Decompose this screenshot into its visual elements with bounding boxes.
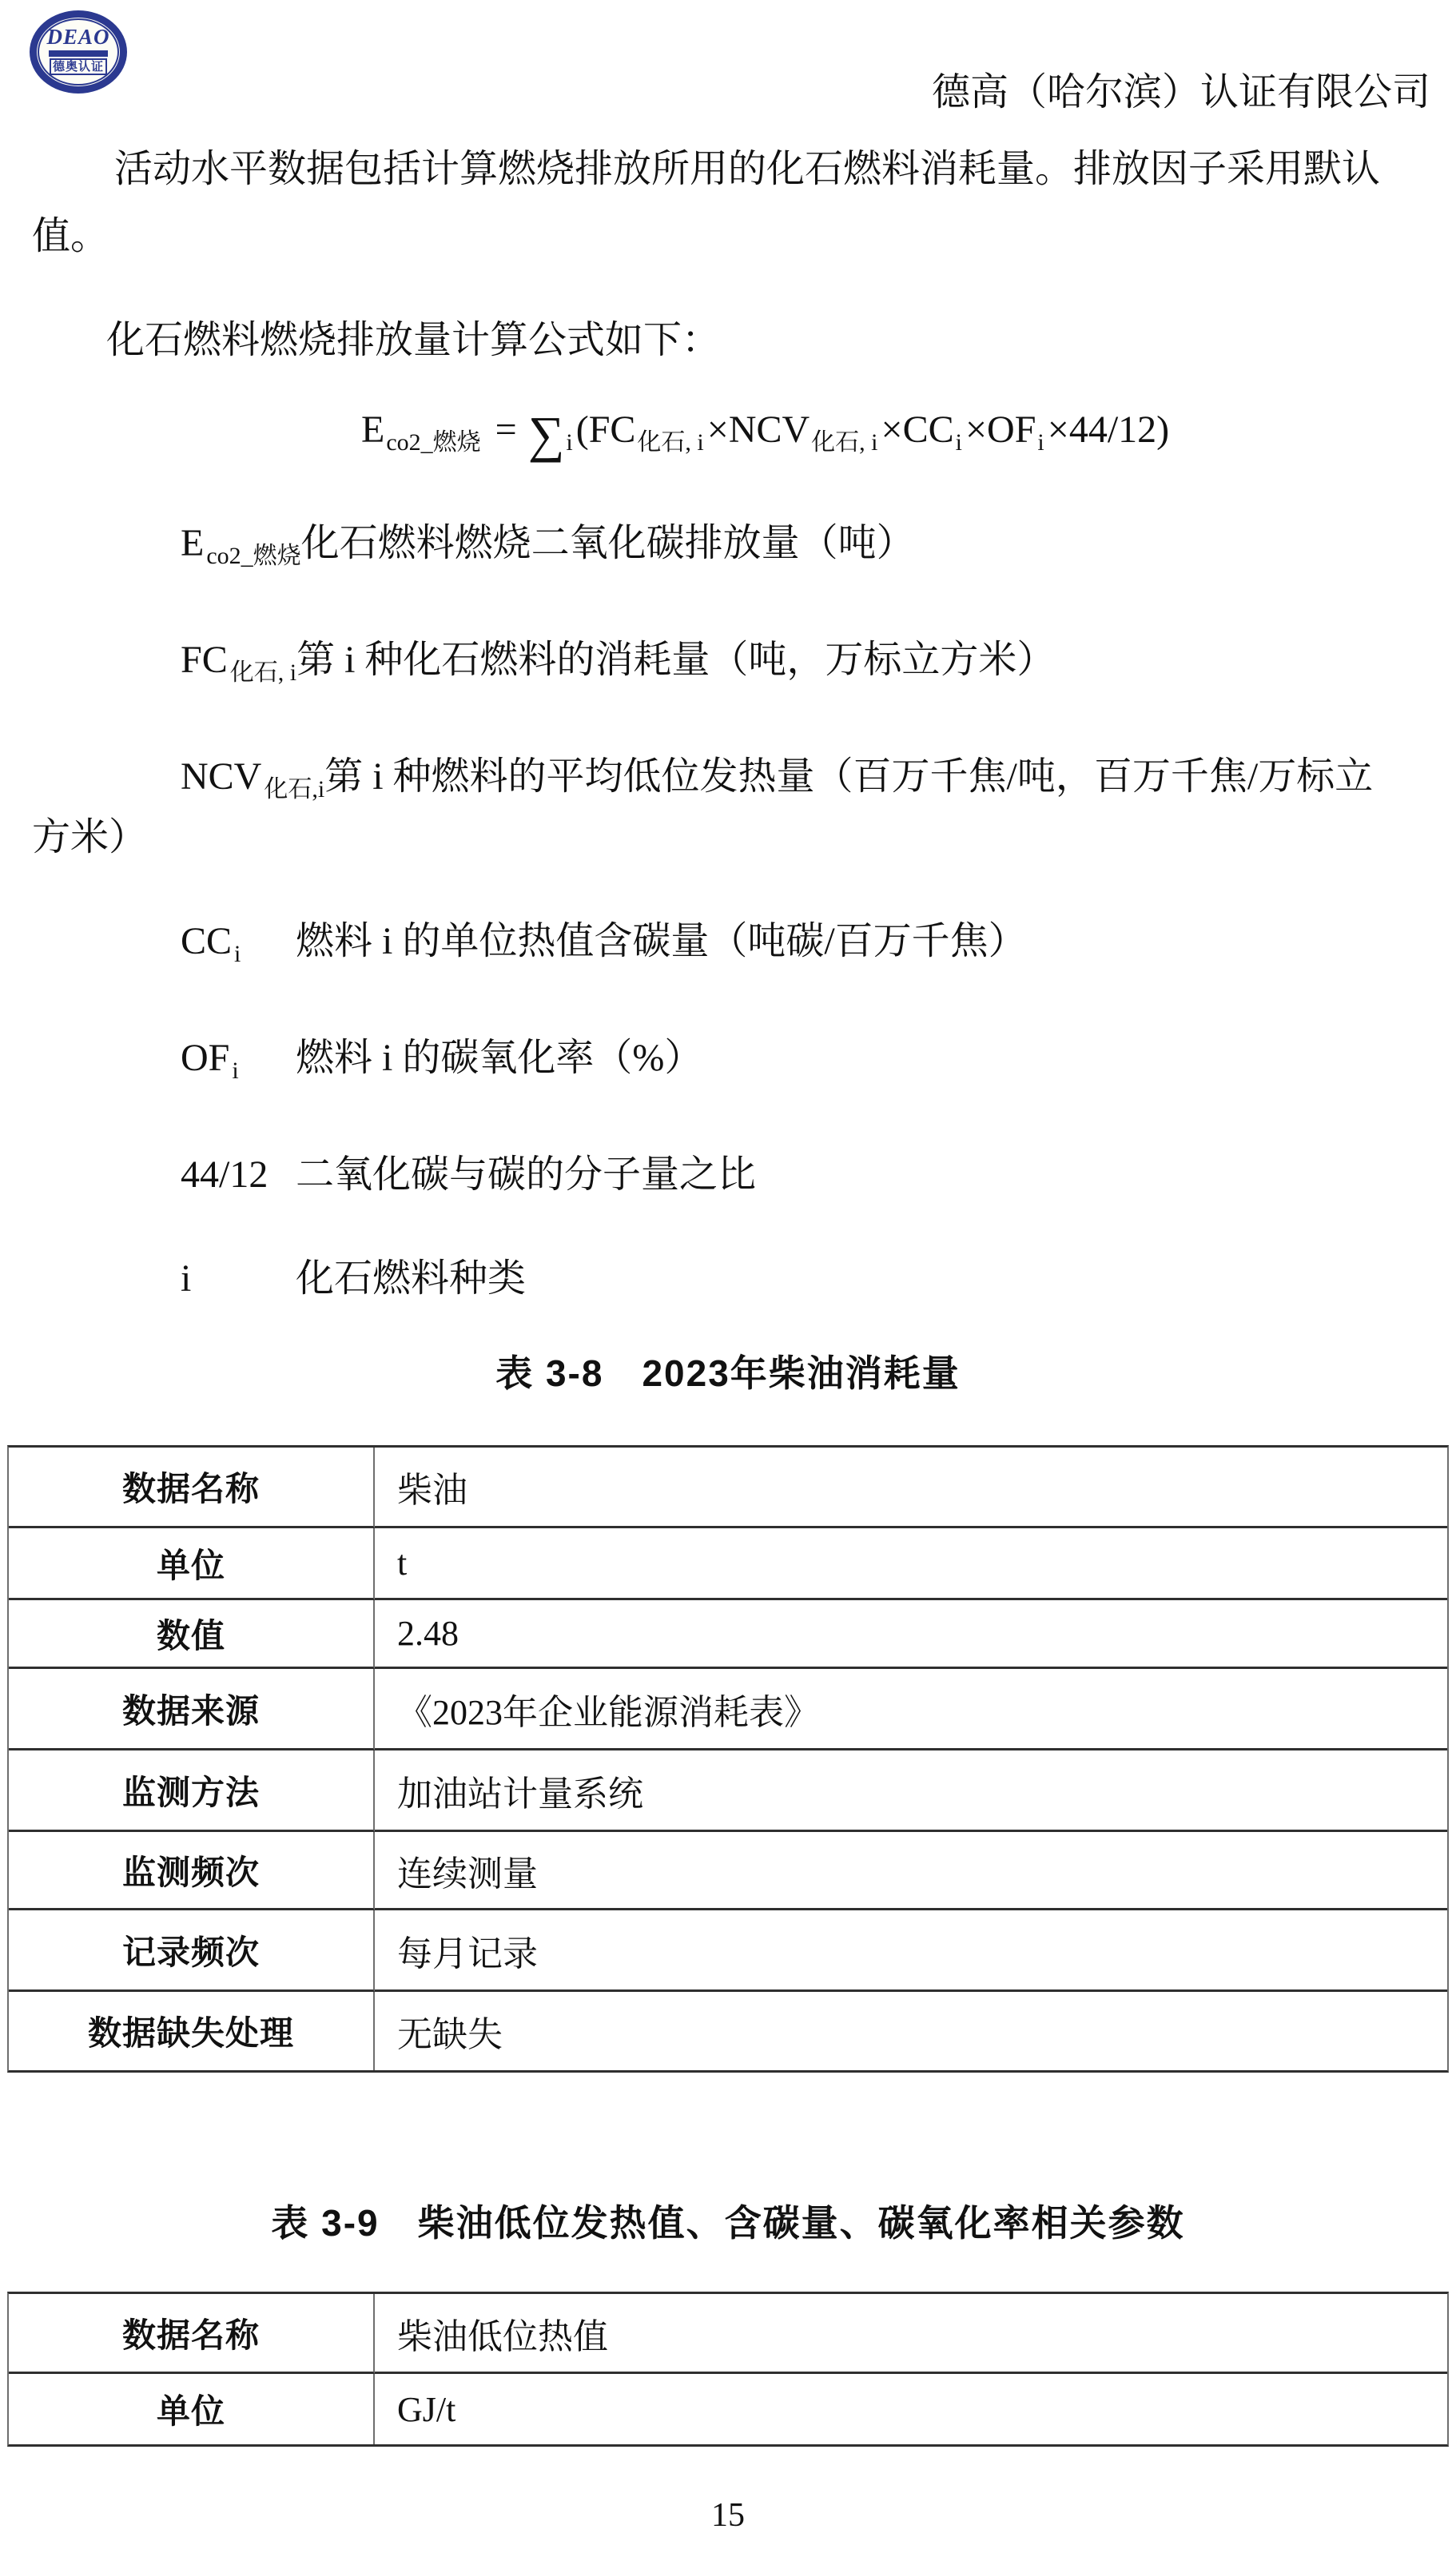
row-value: 加油站计量系统 — [375, 1750, 1447, 1832]
emission-formula: Eco2_燃烧=∑i(FC化石, i×NCV化石, i×CCi×OFi×44/1… — [361, 398, 1169, 475]
sigma-symbol: ∑ — [528, 406, 565, 463]
definition-row-cc: CCi燃料 i 的单位热值含碳量（吨碳/百万千焦） — [32, 918, 1432, 978]
term-sub: 化石,i — [264, 776, 324, 803]
definition-desc: 第 i 种燃料的平均低位发热量（百万千焦/吨，百万千焦/万标立 — [324, 755, 1373, 798]
formula-ncv: ×NCV — [707, 408, 810, 451]
row-value: 柴油 — [375, 1448, 1447, 1528]
term-base: CC — [181, 920, 232, 962]
definition-row-ratio: 44/12二氧化碳与碳的分子量之比 — [32, 1151, 1432, 1199]
definition-term: OFi — [106, 1034, 296, 1095]
definition-desc: 燃料 i 的碳氧化率（%） — [296, 1037, 702, 1079]
formula-ncv-sub: 化石, i — [811, 429, 877, 456]
formula-equals: = — [495, 408, 517, 451]
logo-bar — [49, 50, 108, 57]
document-page: DEAO 德奥认证 德高（哈尔滨）认证有限公司 活动水平数据包括计算燃烧排放所用… — [0, 0, 1456, 2549]
formula-of-sub: i — [1037, 429, 1044, 456]
formula-cc-sub: i — [956, 429, 962, 456]
formula-lead: 化石燃料燃烧排放量计算公式如下： — [32, 317, 1432, 364]
row-label: 数据缺失处理 — [9, 1992, 375, 2070]
company-logo: DEAO 德奥认证 — [30, 10, 127, 94]
definition-desc: 燃料 i 的单位热值含碳量（吨碳/百万千焦） — [296, 920, 1027, 962]
row-value: 柴油低位热值 — [375, 2294, 1447, 2374]
table-3-9-caption: 表 3-9 柴油低位发热值、含碳量、碳氧化率相关参数 — [0, 2203, 1456, 2243]
row-value: 2.48 — [375, 1600, 1447, 1669]
formula-e-sub: co2_燃烧 — [386, 429, 480, 456]
formula-of: ×OF — [965, 408, 1036, 451]
definition-desc: 第 i 种化石燃料的消耗量（吨，万标立方米） — [296, 639, 1055, 681]
definition-row-e: Eco2_燃烧化石燃料燃烧二氧化碳排放量（吨） — [32, 520, 1432, 580]
definition-desc: 二氧化碳与碳的分子量之比 — [296, 1153, 756, 1196]
definition-term: FC化石, i — [106, 636, 296, 697]
formula-tail: ×44/12) — [1048, 408, 1169, 451]
definition-row-fc: FC化石, i第 i 种化石燃料的消耗量（吨，万标立方米） — [32, 636, 1432, 697]
intro-paragraph: 活动水平数据包括计算燃烧排放所用的化石燃料消耗量。排放因子采用默认 值。 — [32, 145, 1432, 261]
page-number: 15 — [0, 2497, 1456, 2534]
term-base: OF — [181, 1037, 229, 1079]
table-3-9: 数据名称 柴油低位热值 单位 GJ/t — [7, 2292, 1449, 2447]
term-sub: i — [232, 1057, 238, 1084]
row-value: 每月记录 — [375, 1910, 1447, 1992]
row-label: 数据名称 — [9, 2294, 375, 2374]
term-sub: 化石, i — [230, 659, 296, 686]
logo-acronym: DEAO — [37, 26, 120, 48]
formula-fc-sub: 化石, i — [637, 429, 703, 456]
row-value: t — [375, 1528, 1447, 1600]
formula-e: E — [361, 408, 384, 451]
term-base: E — [181, 522, 204, 564]
definition-row-i: i化石燃料种类 — [32, 1255, 1432, 1303]
formula-cc: ×CC — [881, 408, 954, 451]
row-label: 数据名称 — [9, 1448, 375, 1528]
definition-term: i — [106, 1255, 296, 1303]
row-label: 记录频次 — [9, 1910, 375, 1992]
row-label: 数值 — [9, 1600, 375, 1669]
definition-desc: 化石燃料燃烧二氧化碳排放量（吨） — [301, 522, 915, 564]
row-label: 单位 — [9, 1528, 375, 1600]
row-label: 监测方法 — [9, 1750, 375, 1832]
logo-caption: 德奥认证 — [50, 58, 107, 75]
definition-row-ncv-continuation: 方米） — [32, 814, 1432, 862]
intro-line-1: 活动水平数据包括计算燃烧排放所用的化石燃料消耗量。排放因子采用默认 — [32, 145, 1432, 193]
definition-desc: 化石燃料种类 — [296, 1257, 526, 1300]
table-3-8-caption: 表 3-8 2023年柴油消耗量 — [0, 1353, 1456, 1393]
intro-line-2: 值。 — [32, 213, 1432, 261]
row-value: GJ/t — [375, 2374, 1447, 2444]
definition-term: NCV化石,i — [106, 753, 324, 814]
definition-term: Eco2_燃烧 — [106, 520, 301, 580]
definition-term: 44/12 — [106, 1151, 296, 1199]
term-sub: co2_燃烧 — [206, 543, 300, 569]
logo-ring-icon: DEAO 德奥认证 — [30, 10, 127, 94]
row-value: 连续测量 — [375, 1832, 1447, 1910]
table-3-8: 数据名称 柴油 单位 t 数值 2.48 数据来源 《2023年企业能源消耗表》… — [7, 1445, 1449, 2073]
formula-sigma-sub: i — [566, 429, 572, 456]
term-base: FC — [181, 639, 228, 681]
definition-row-of: OFi燃料 i 的碳氧化率（%） — [32, 1034, 1432, 1095]
symbol-definitions: Eco2_燃烧化石燃料燃烧二氧化碳排放量（吨） FC化石, i第 i 种化石燃料… — [32, 520, 1432, 1359]
definition-row-ncv: NCV化石,i第 i 种燃料的平均低位发热量（百万千焦/吨，百万千焦/万标立 — [32, 753, 1432, 814]
formula-fc: (FC — [576, 408, 636, 451]
row-label: 数据来源 — [9, 1669, 375, 1750]
company-name: 德高（哈尔滨）认证有限公司 — [932, 70, 1430, 115]
row-label: 监测频次 — [9, 1832, 375, 1910]
row-value: 《2023年企业能源消耗表》 — [375, 1669, 1447, 1750]
term-base: 44/12 — [181, 1153, 268, 1196]
term-base: i — [181, 1257, 191, 1300]
row-value: 无缺失 — [375, 1992, 1447, 2070]
definition-term: CCi — [106, 918, 296, 978]
term-sub: i — [234, 941, 241, 967]
row-label: 单位 — [9, 2374, 375, 2444]
term-base: NCV — [181, 755, 261, 798]
